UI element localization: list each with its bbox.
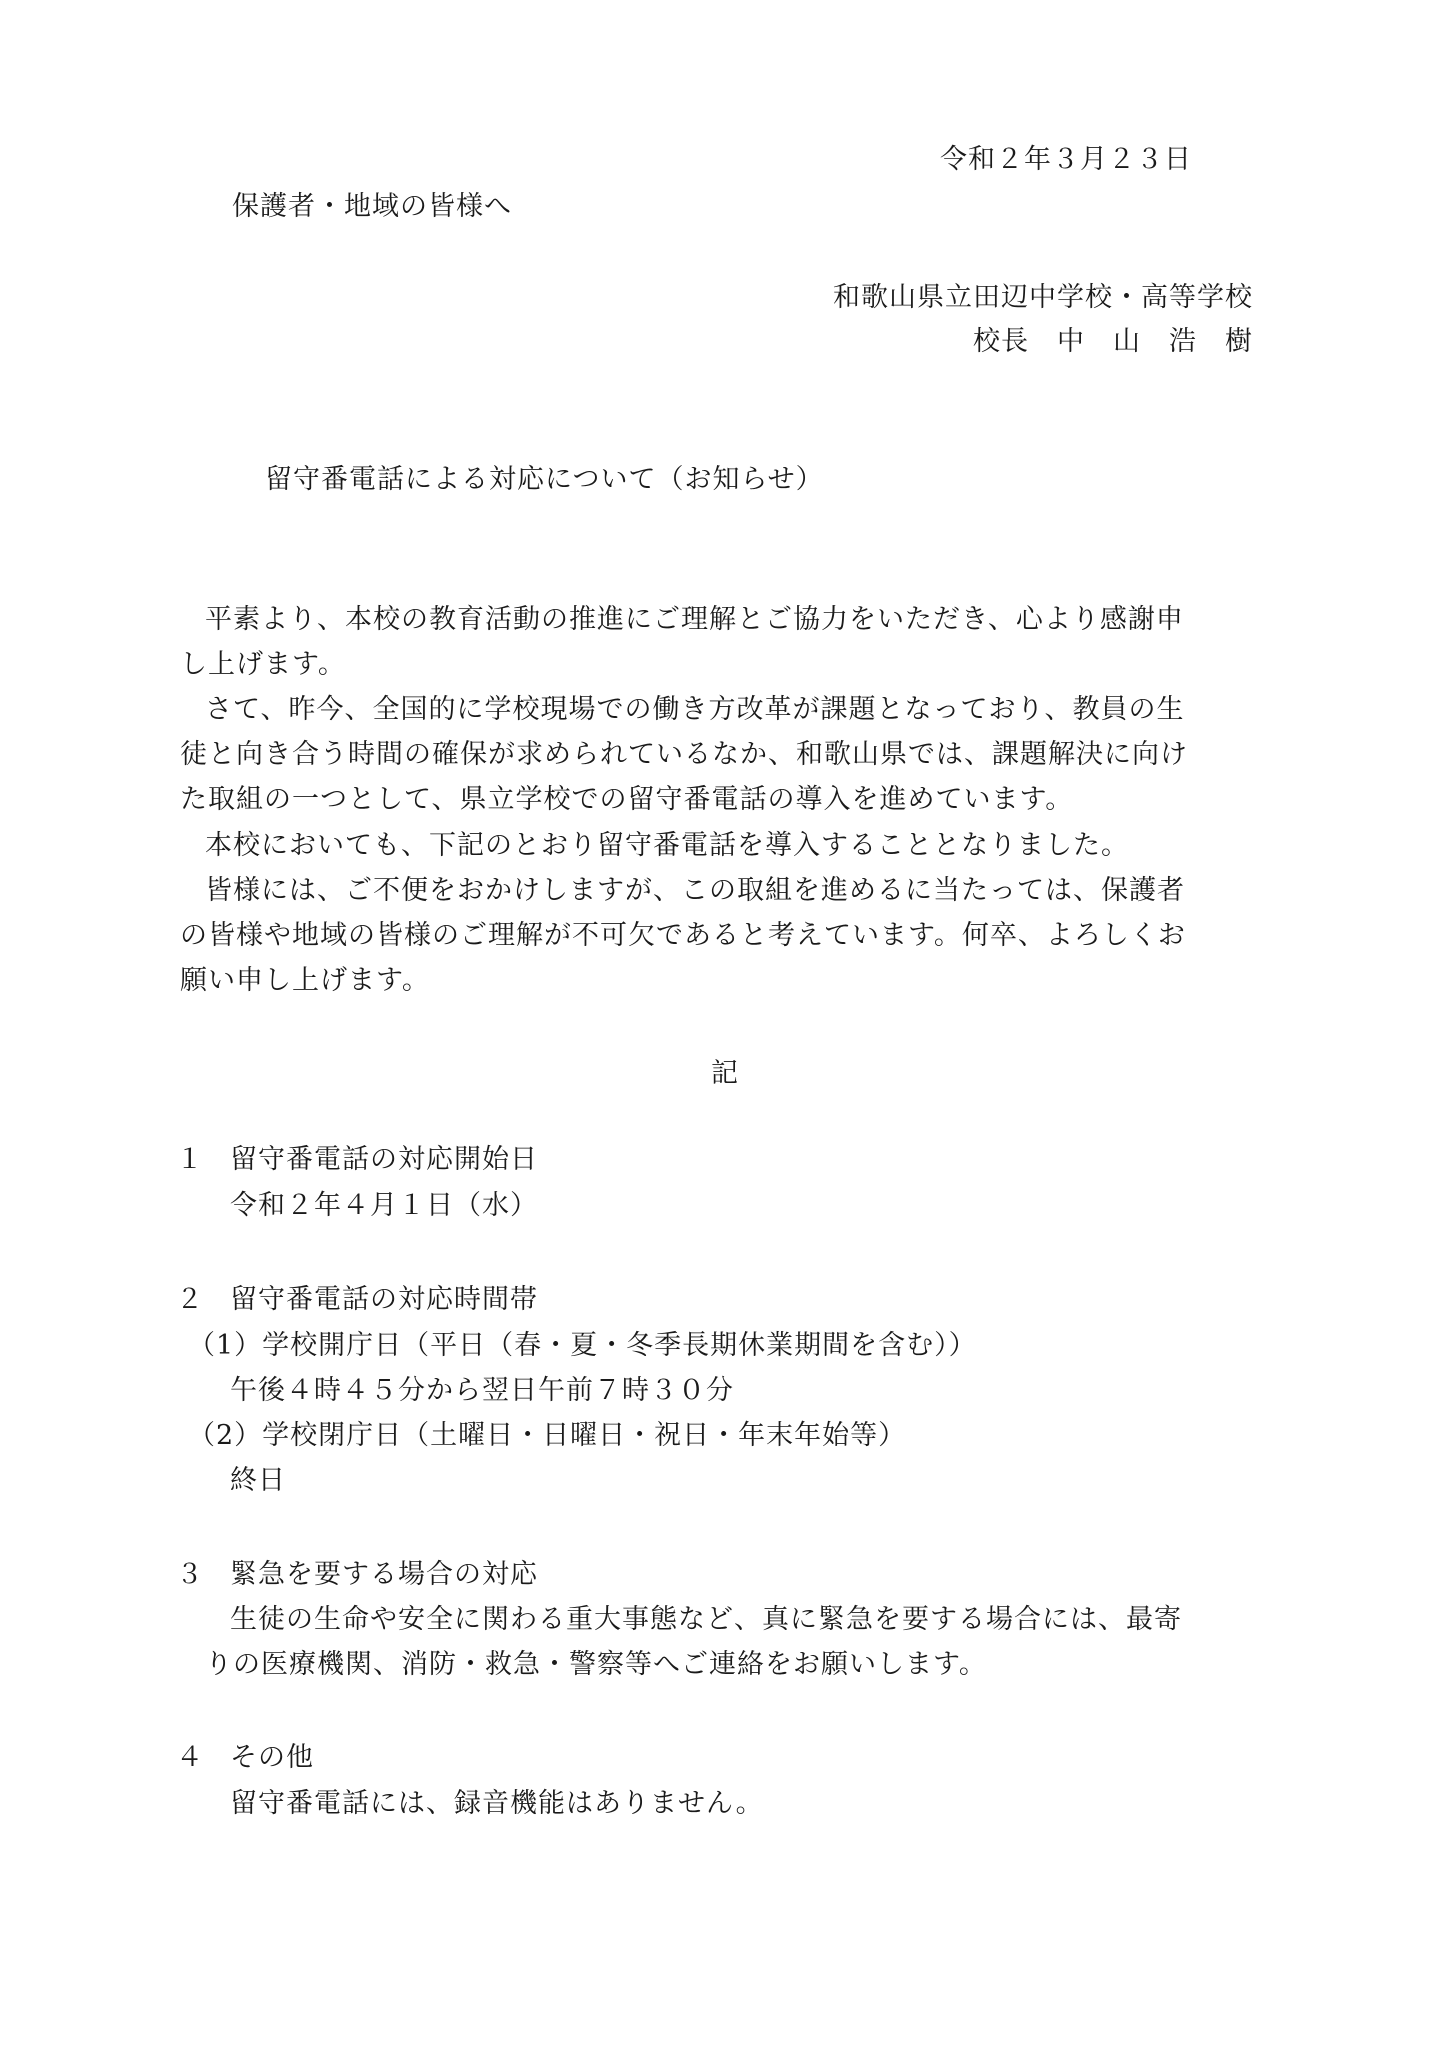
body-line: た取組の一つとして、県立学校での留守番電話の導入を進めています。 (180, 783, 1073, 817)
section-line: （2）学校閉庁日（土曜日・日曜日・祝日・年末年始等） (188, 1419, 906, 1453)
body-line: し上げます。 (180, 648, 346, 682)
section-heading: その他 (230, 1741, 314, 1775)
section-line: 令和２年４月１日（水） (230, 1189, 538, 1223)
section-line: 留守番電話には、録音機能はありません。 (230, 1787, 764, 1821)
recipient: 保護者・地域の皆様へ (232, 190, 512, 224)
body-line: 平素より、本校の教育活動の推進にご理解とご協力をいただき、心より感謝申 (205, 603, 1184, 637)
body-line: 願い申し上げます。 (180, 964, 430, 998)
section-heading: 緊急を要する場合の対応 (230, 1558, 538, 1592)
section-number: ３ (176, 1558, 204, 1592)
section-line: 生徒の生命や安全に関わる重大事態など、真に緊急を要する場合には、最寄 (230, 1603, 1182, 1637)
ki-heading: 記 (711, 1057, 739, 1091)
section-heading: 留守番電話の対応開始日 (230, 1143, 538, 1177)
body-line: 徒と向き合う時間の確保が求められているなか、和歌山県では、課題解決に向け (180, 738, 1188, 772)
section-heading: 留守番電話の対応時間帯 (230, 1283, 538, 1317)
body-line: の皆様や地域の皆様のご理解が不可欠であると考えています。何卒、よろしくお (180, 919, 1186, 953)
section-number: ２ (176, 1283, 204, 1317)
document-title: 留守番電話による対応について（お知らせ） (265, 463, 824, 497)
section-number: １ (176, 1143, 204, 1177)
sender-name: 校長 中 山 浩 樹 (973, 325, 1253, 359)
section-line: 終日 (230, 1464, 286, 1498)
section-line: （1）学校開庁日（平日（春・夏・冬季長期休業期間を含む）） (188, 1329, 977, 1363)
body-line: さて、昨今、全国的に学校現場での働き方改革が課題となっており、教員の生 (205, 693, 1184, 727)
section-line: 午後４時４５分から翌日午前７時３０分 (230, 1374, 734, 1408)
section-line: りの医療機関、消防・救急・警察等へご連絡をお願いします。 (205, 1648, 987, 1682)
body-line: 本校においても、下記のとおり留守番電話を導入することとなりました。 (205, 829, 1129, 863)
section-number: ４ (176, 1741, 204, 1775)
date: 令和２年３月２３日 (940, 143, 1192, 177)
body-line: 皆様には、ご不便をおかけしますが、この取組を進めるに当たっては、保護者 (205, 874, 1185, 908)
sender-org: 和歌山県立田辺中学校・高等学校 (833, 281, 1253, 315)
